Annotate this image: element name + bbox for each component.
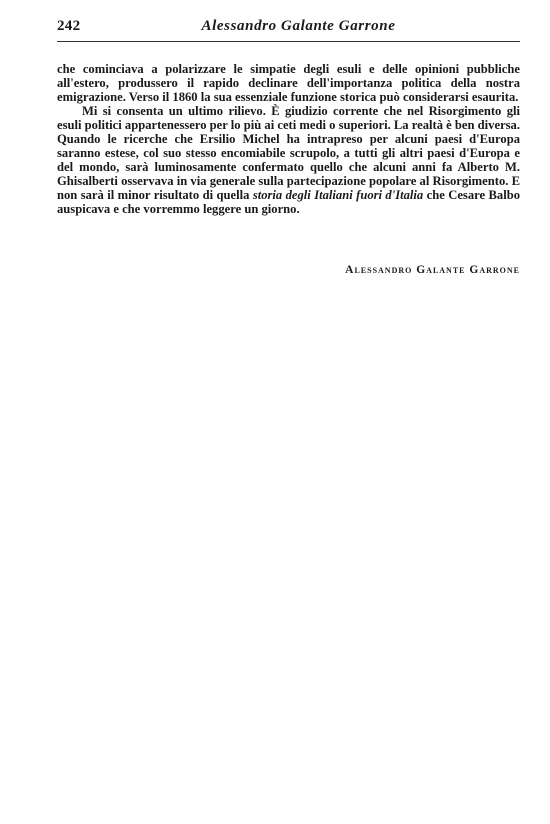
paragraph: che cominciava a polarizzare le simpatie… bbox=[57, 62, 520, 104]
page-header: 242 Alessandro Galante Garrone bbox=[57, 18, 520, 38]
running-head: Alessandro Galante Garrone bbox=[57, 18, 520, 35]
paragraph: Mi si consenta un ultimo rilievo. È giud… bbox=[57, 104, 520, 216]
header-rule bbox=[57, 41, 520, 42]
body-text: che cominciava a polarizzare le simpatie… bbox=[57, 62, 520, 216]
author-signature: Alessandro Galante Garrone bbox=[57, 264, 520, 276]
italic-title: storia degli Italiani fuori d'Italia bbox=[253, 188, 423, 202]
